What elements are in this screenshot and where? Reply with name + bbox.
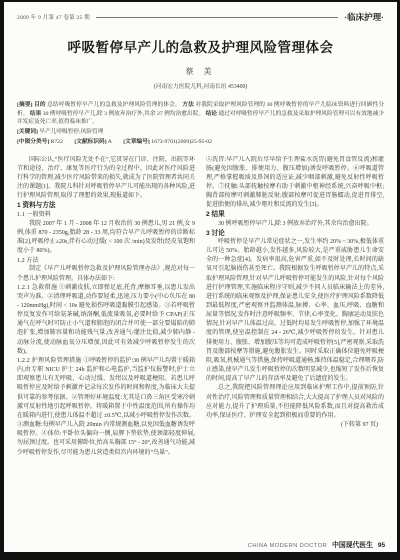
journal-page: 2009 年 9 月第 47 卷第 25 期 ·临床护理· 呼吸暂停早产儿的急救… [4, 2, 397, 552]
results-paragraph: 30 例呼吸暂停早产儿,除 3 例放弃治疗外,其余均治愈出院。 [206, 220, 384, 229]
author-name: 蔡 美 [17, 66, 384, 77]
scan-edge-frame: 2009 年 9 月第 47 卷第 25 期 ·临床护理· 呼吸暂停早产儿的急救… [0, 0, 400, 560]
abstract: [摘要] 目的 总结呼吸暂停早产儿的急救及护理风险管理的体会。 方法 对我院采取… [17, 101, 384, 127]
doc-code-label: [文献标识码] [74, 139, 106, 145]
method-paragraph: 制定《早产儿呼吸暂停急救及护理风险管理办法》,规范对每一个患儿护理风险管理。具体… [17, 265, 195, 283]
discussion-paragraph-2: 总之,我院把风险管理理论应用到临床护理工作中,提前预防,针对性治疗,风险管理和质… [206, 384, 384, 421]
journal-name-english: CHINA MODERN DOCTOR [248, 543, 327, 549]
continuation-paragraph: ⑤洗胃:早产儿入院后尽早给予生理盐水洗胃(避免胃食管反流)和灌肠(避免因腹胀、排… [206, 156, 384, 211]
subsection-method: 1.2 方法 [17, 256, 195, 265]
risk-management-paragraph: 1.2.2 护理风险管理措施 ①呼吸暂停的监护:30 例早产儿均置于暖箱内,由专… [17, 357, 195, 458]
journal-name-chinese: 中国现代医生 [332, 539, 373, 549]
section-heading-discussion: 3 讨论 [206, 229, 384, 238]
emergency-measures-text: ①刺激皮肤,立即弹足底,托背,摩擦耳垂,以患儿发出哭声为准。②清理呼吸道,动作要… [17, 285, 195, 355]
article-id-value: 1673-9701(2009)25-95-02 [151, 139, 212, 145]
keywords-text: 早产儿呼吸暂停;风险管理 [39, 129, 103, 135]
continued-on-page-note: (下转第 97 页) [206, 421, 384, 430]
keywords-line: [关键词] 早产儿呼吸暂停;风险管理 [17, 128, 384, 137]
page-number: 95 [378, 542, 385, 549]
discussion-paragraph-1: 呼吸暂停是早产儿常见症状之一,发生率约 20% ~ 30%,极低体重儿可达 50… [206, 238, 384, 385]
intro-paragraph: 国际公认,“医疗风险无处不在”,它贯穿在门诊、住院、出院等环节和途径、治疗、康复… [17, 156, 195, 202]
clc-label: [中图分类号] [17, 139, 49, 145]
page-footer: CHINA MODERN DOCTOR 中国现代医生 95 [248, 539, 385, 549]
general-data-paragraph: 我院 2007 年 1 月 - 2008 年 12 月收治的 30 例患儿,男 … [17, 220, 195, 257]
keywords-label: [关键词] [17, 129, 38, 135]
clc-value: R722 [51, 139, 63, 145]
article-title: 呼吸暂停早产儿的急救及护理风险管理体会 [17, 36, 384, 56]
left-column: 国际公认,“医疗风险无处不在”,它贯穿在门诊、住院、出院等环节和途径、治疗、康复… [17, 156, 195, 522]
abstract-method-label: 方法 [182, 102, 194, 108]
classification-line: [中图分类号] R722 [文献标识码] A [文章编号] 1673-9701(… [17, 138, 384, 147]
column-label: ·临床护理· [344, 11, 384, 23]
doc-code-value: A [108, 139, 112, 145]
risk-management-text: ①呼吸暂停的监护:30 例早产儿均置于暖箱内,由专职 NICU 护士 24h 监… [17, 358, 195, 456]
section-heading-methods: 1 资料与方法 [17, 201, 195, 210]
abstract-result-text: 30 例呼吸暂停早产儿,除 3 例放弃治疗外,其余 27 例均治愈出院。 [43, 111, 204, 117]
article-id-label: [文章编号] [123, 139, 150, 145]
abstract-label: [摘要] [17, 102, 33, 108]
body-columns: 国际公认,“医疗风险无处不在”,它贯穿在门诊、住院、出院等环节和途径、治疗、康复… [17, 156, 384, 522]
header-divider [96, 17, 338, 18]
emergency-measures-paragraph: 1.2.1 急救措施 ①刺激皮肤,立即弹足底,托背,摩擦耳垂,以患儿发出哭声为准… [17, 284, 195, 357]
issue-info: 2009 年 9 月第 47 卷第 25 期 [17, 13, 90, 21]
page-header: 2009 年 9 月第 47 卷第 25 期 ·临床护理· [17, 11, 384, 23]
emergency-measures-label: 1.2.1 急救措施 [17, 285, 57, 291]
abstract-objective-label: 目的 [34, 102, 46, 108]
section-heading-results: 2 结果 [206, 210, 384, 219]
right-column: ⑤洗胃:早产儿入院后尽早给予生理盐水洗胃(避免胃食管反流)和灌肠(避免因腹胀、排… [206, 156, 384, 522]
subsection-general-data: 1.1 一般资料 [17, 210, 195, 219]
abstract-result-label: 结果 [30, 111, 41, 117]
abstract-objective-text: 总结呼吸暂停早产儿的急救及护理风险管理的体会。 [47, 102, 181, 108]
abstract-conclusion-label: 结论 [206, 111, 217, 117]
author-affiliation: (河南宏力医院儿科,河南长垣 453400) [17, 81, 384, 90]
risk-management-label: 1.2.2 护理风险管理措施 [17, 358, 82, 364]
